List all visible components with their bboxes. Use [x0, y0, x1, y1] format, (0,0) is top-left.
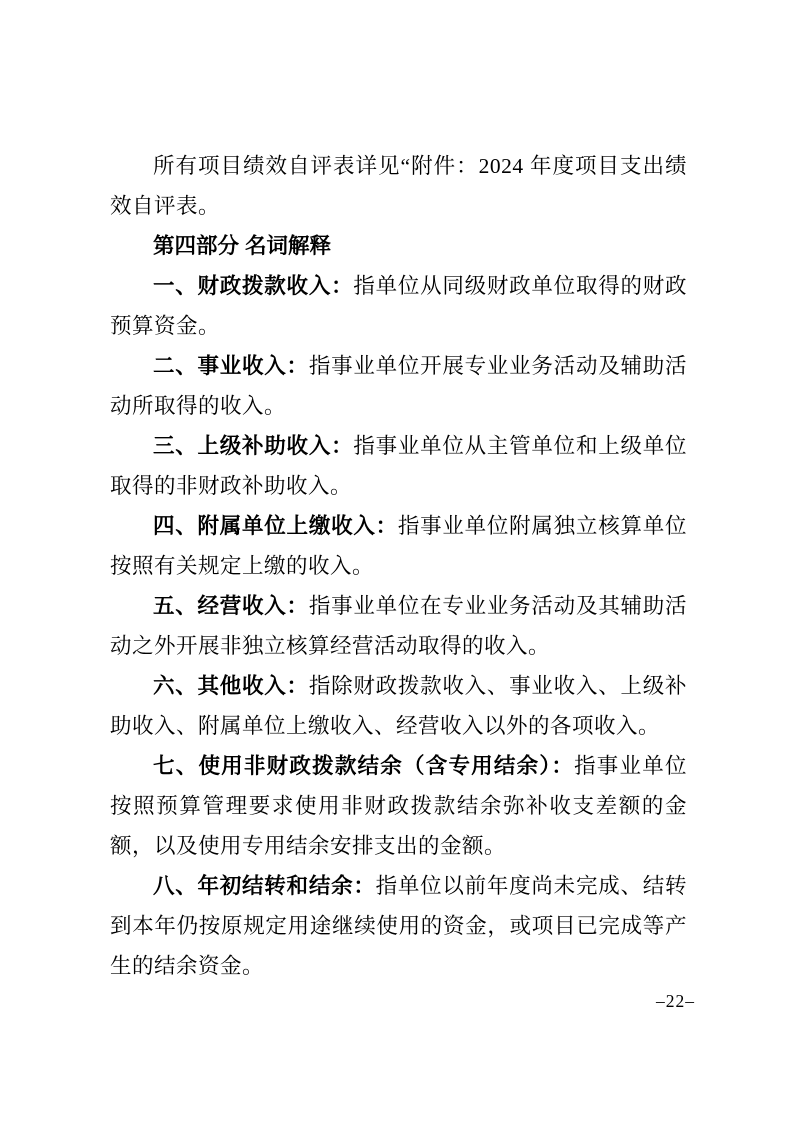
term-paragraph: 四、附属单位上缴收入：指事业单位附属独立核算单位按照有关规定上缴的收入。: [110, 506, 687, 586]
term-paragraph: 三、上级补助收入：指事业单位从主管单位和上级单位取得的非财政补助收入。: [110, 426, 687, 506]
term-paragraph: 六、其他收入：指除财政拨款收入、事业收入、上级补助收入、附属单位上缴收入、经营收…: [110, 666, 687, 746]
term-label: 二、事业收入：: [153, 354, 309, 378]
term-label: 七、使用非财政拨款结余（含专用结余）：: [153, 754, 574, 778]
document-page: 所有项目绩效自评表详见“附件：2024 年度项目支出绩效自评表。 第四部分 名词…: [0, 0, 793, 1122]
intro-paragraph: 所有项目绩效自评表详见“附件：2024 年度项目支出绩效自评表。: [110, 146, 687, 226]
intro-text: 所有项目绩效自评表详见“附件：2024 年度项目支出绩效自评表。: [110, 154, 687, 218]
term-paragraph: 二、事业收入：指事业单位开展专业业务活动及辅助活动所取得的收入。: [110, 346, 687, 426]
term-label: 四、附属单位上缴收入：: [153, 514, 398, 538]
section-heading: 第四部分 名词解释: [110, 226, 687, 266]
term-label: 六、其他收入：: [153, 674, 309, 698]
document-content: 所有项目绩效自评表详见“附件：2024 年度项目支出绩效自评表。 第四部分 名词…: [110, 146, 687, 986]
term-label: 五、经营收入：: [153, 594, 309, 618]
term-paragraph: 一、财政拨款收入：指单位从同级财政单位取得的财政预算资金。: [110, 266, 687, 346]
term-label: 八、年初结转和结余：: [153, 874, 376, 898]
term-label: 三、上级补助收入：: [153, 434, 353, 458]
term-label: 一、财政拨款收入：: [153, 274, 353, 298]
page-number: –22–: [656, 990, 695, 1012]
term-paragraph: 八、年初结转和结余：指单位以前年度尚未完成、结转到本年仍按原规定用途继续使用的资…: [110, 866, 687, 986]
term-paragraph: 五、经营收入：指事业单位在专业业务活动及其辅助活动之外开展非独立核算经营活动取得…: [110, 586, 687, 666]
term-paragraph: 七、使用非财政拨款结余（含专用结余）：指事业单位按照预算管理要求使用非财政拨款结…: [110, 746, 687, 866]
